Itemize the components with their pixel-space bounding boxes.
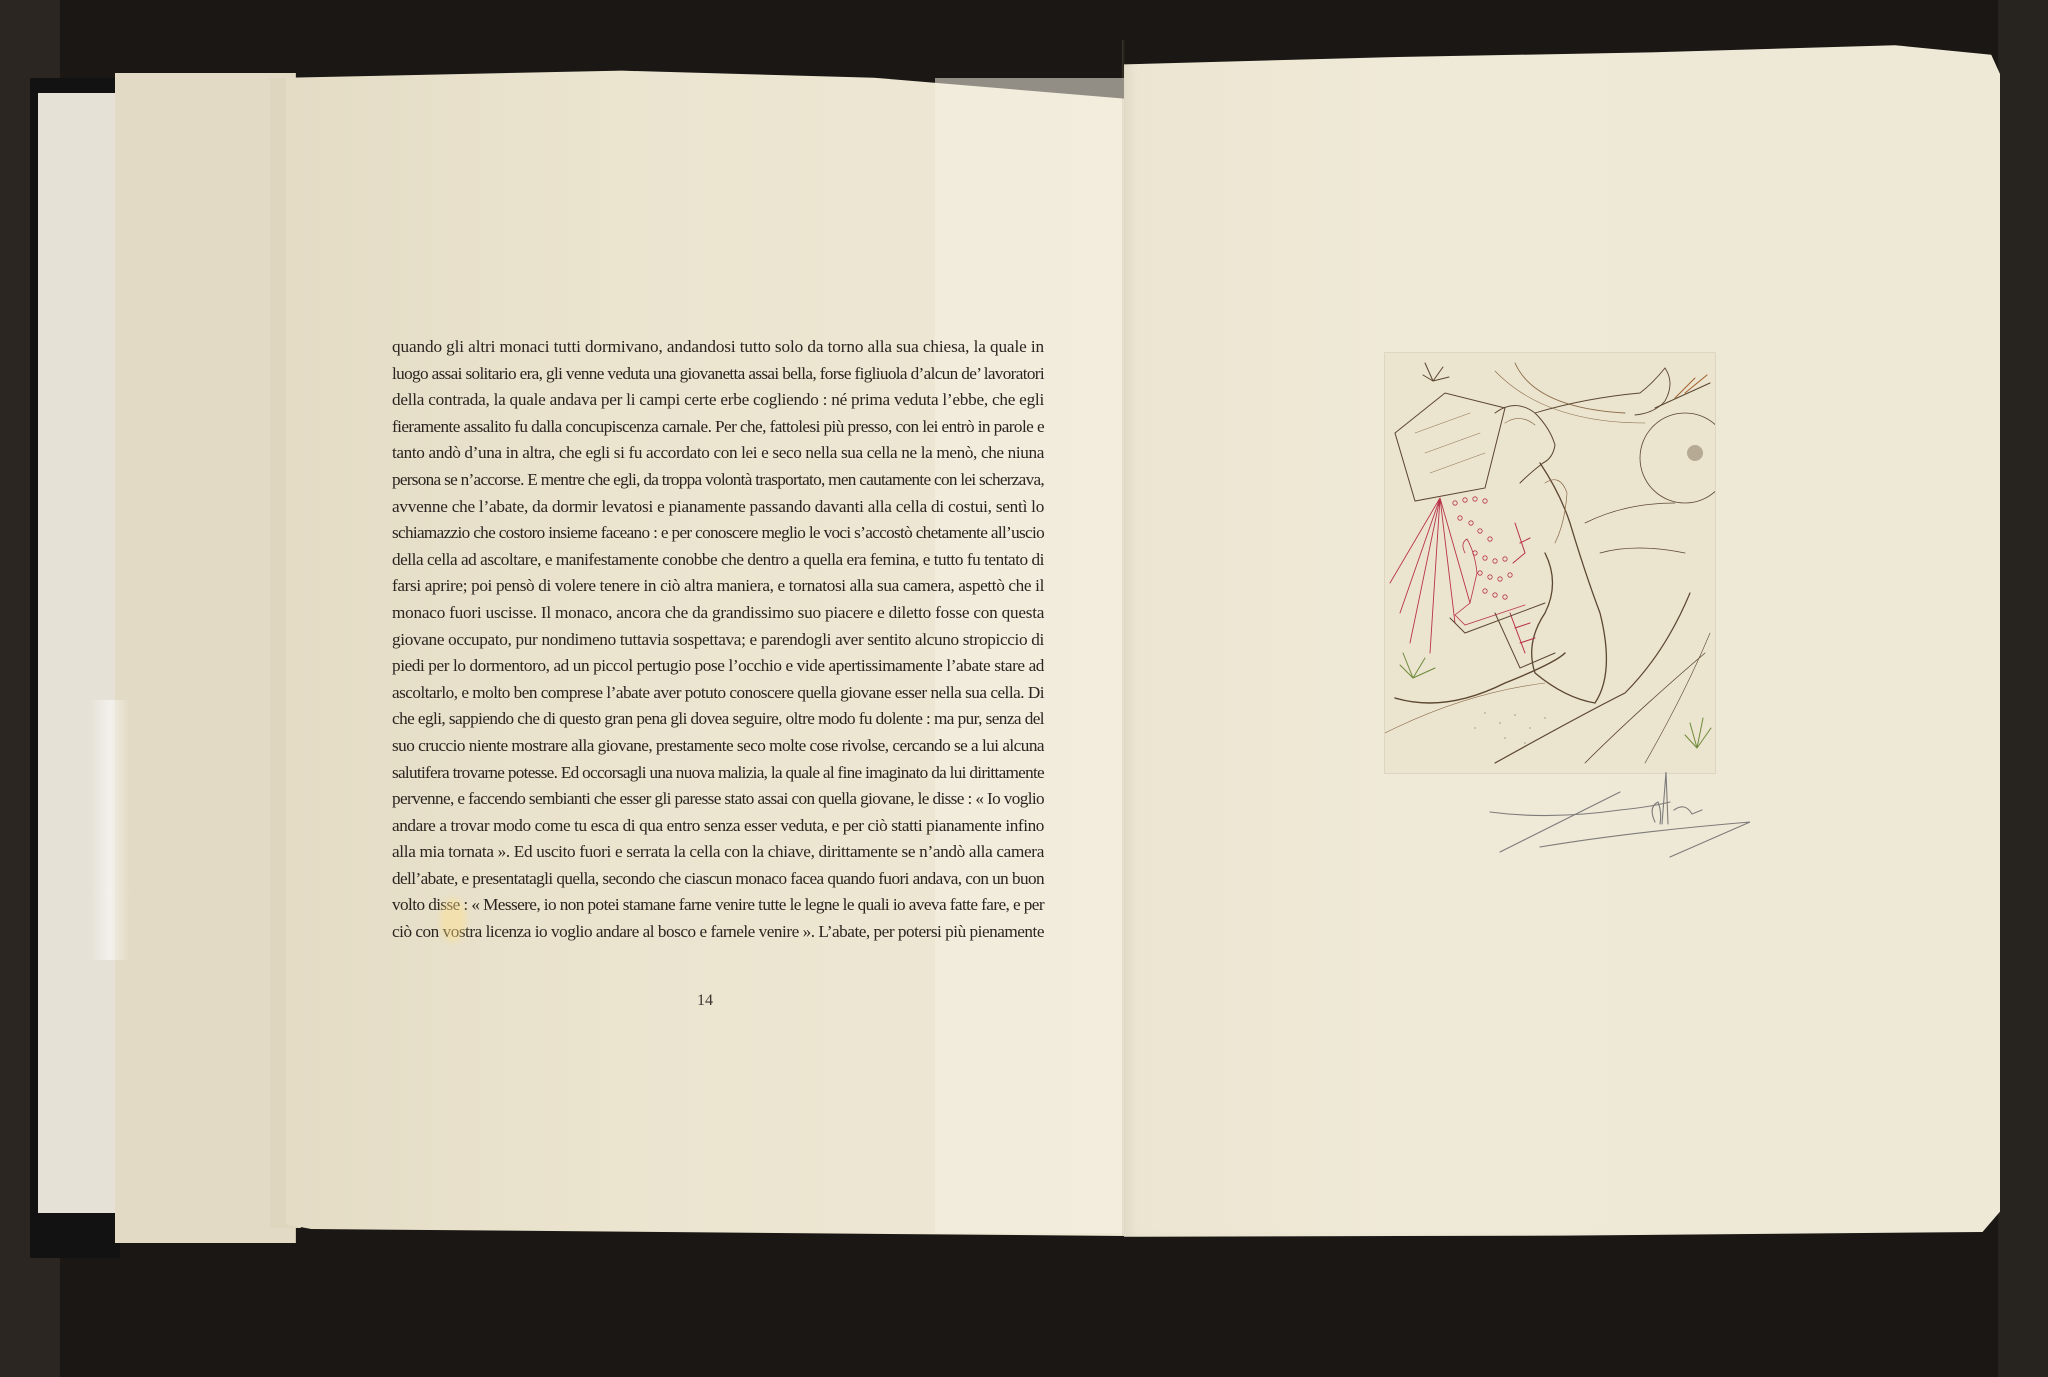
etching-illustration <box>1384 352 1716 774</box>
body-text: quando gli altri monaci tutti dormivano,… <box>392 334 1044 946</box>
book-spine-fold <box>1122 40 1125 1236</box>
text-line: quando gli altri monaci tutti dormivano,… <box>392 334 1044 361</box>
text-line: luogo assai solitario era, gli venne ved… <box>392 361 1044 388</box>
text-line: farsi aprire; poi pensò di volere tenere… <box>392 573 1044 600</box>
text-line: volto disse : « Messere, io non potei st… <box>392 892 1044 919</box>
text-line: persona se n’accorse. E mentre che egli,… <box>392 467 1044 494</box>
underlying-sheet <box>115 73 296 1243</box>
text-line: della contrada, la quale andava per li c… <box>392 387 1044 414</box>
text-line: pervenne, e faccendo sembianti che esser… <box>392 786 1044 813</box>
text-line: salutifera trovarne potesse. Ed occorsag… <box>392 760 1044 787</box>
etching-drawing <box>1385 353 1715 773</box>
text-line: della cella ad ascoltare, e manifestamen… <box>392 547 1044 574</box>
light-reflection <box>440 898 466 942</box>
pencil-signature <box>1470 762 1790 862</box>
text-line: che egli, sappiendo che di questo gran p… <box>392 706 1044 733</box>
dark-background-right <box>1998 0 2048 1377</box>
text-line: giovane occupato, pur nondimeno tuttavia… <box>392 627 1044 654</box>
text-line: ascoltarlo, e molto ben comprese l’abate… <box>392 680 1044 707</box>
text-line: avvenne che l’abate, da dormir levatosi … <box>392 494 1044 521</box>
text-line: dell’abate, e presentatagli quella, seco… <box>392 866 1044 893</box>
light-glare <box>90 700 130 960</box>
text-line: tanto andò d’una in altra, che egli si f… <box>392 440 1044 467</box>
artist-signature <box>1470 762 1790 862</box>
text-line: ciò con vostra licenza io voglio andare … <box>392 919 1044 946</box>
text-line: andare a trovar modo come tu esca di qua… <box>392 813 1044 840</box>
text-line: suo cruccio niente mostrare alla giovane… <box>392 733 1044 760</box>
text-line: piedi per lo dormentoro, ad un piccol pe… <box>392 653 1044 680</box>
text-line: fieramente assalito fu dalla concupiscen… <box>392 414 1044 441</box>
text-line: schiamazzio che costoro insieme faceano … <box>392 520 1044 547</box>
portfolio-cover-liner <box>38 93 118 1213</box>
text-line: monaco fuori uscisse. Il monaco, ancora … <box>392 600 1044 627</box>
page-number: 14 <box>697 992 713 1010</box>
text-line: alla mia tornata ». Ed uscito fuori e se… <box>392 839 1044 866</box>
